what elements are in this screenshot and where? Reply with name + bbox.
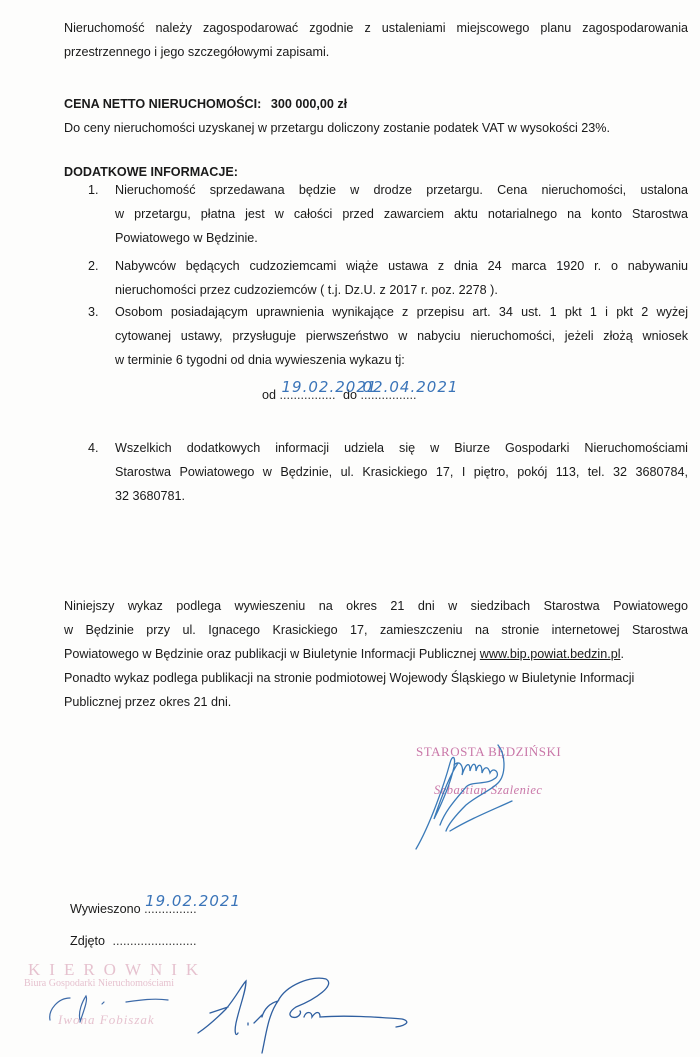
item-line: Nieruchomość sprzedawana będzie w drodze… bbox=[115, 178, 688, 202]
posted-date-handwritten: 19.02.2021 bbox=[145, 892, 241, 910]
item-line: w terminie 6 tygodni od dnia wywieszenia… bbox=[115, 348, 688, 372]
item-line: Osobom posiadającym uprawnienia wynikają… bbox=[115, 300, 688, 324]
list-item-2: 2. Nabywców będących cudzoziemcami wiąże… bbox=[88, 254, 688, 302]
notice-paragraph: Niniejszy wykaz podlega wywieszeniu na o… bbox=[64, 594, 688, 714]
item-line: Powiatowego w Będzinie. bbox=[115, 226, 688, 250]
item-line: 32 3680781. bbox=[115, 484, 688, 508]
item-line: Starostwa Powiatowego w Będzinie, ul. Kr… bbox=[115, 460, 688, 484]
list-number: 2. bbox=[88, 254, 108, 278]
intro-paragraph: Nieruchomość należy zagospodarować zgodn… bbox=[64, 16, 688, 64]
list-item-1: 1. Nieruchomość sprzedawana będzie w dro… bbox=[88, 178, 688, 250]
posted-label: Wywieszono bbox=[70, 902, 141, 916]
notice-line-2: w Będzinie przy ul. Ignacego Krasickiego… bbox=[64, 618, 688, 642]
item-line: nieruchomości przez cudzoziemców ( t.j. … bbox=[115, 278, 688, 302]
priority-period: od ................ 19.02.2021 do ......… bbox=[262, 388, 417, 402]
intro-line-1: Nieruchomość należy zagospodarować zgodn… bbox=[64, 16, 688, 40]
item-line: w przetargu, płatna jest w całości przed… bbox=[115, 202, 688, 226]
removed-dots: ........................ bbox=[113, 934, 197, 948]
bip-link[interactable]: www.bip.powiat.bedzin.pl bbox=[480, 647, 621, 661]
list-item-4: 4. Wszelkich dodatkowych informacji udzi… bbox=[88, 436, 688, 508]
list-item-3: 3. Osobom posiadającym uprawnienia wynik… bbox=[88, 300, 688, 372]
posted-row: Wywieszono ............... 19.02.2021 bbox=[70, 902, 197, 916]
price-value: 300 000,00 zł bbox=[271, 97, 347, 111]
item-line: cytowanej ustawy, przysługuje pierwszeńs… bbox=[115, 324, 688, 348]
kierownik-stamp-subtitle: Biura Gospodarki Nieruchomościami bbox=[24, 978, 174, 989]
list-number: 3. bbox=[88, 300, 108, 324]
price-label: CENA NETTO NIERUCHOMOŚCI: bbox=[64, 97, 261, 111]
item-line: Nabywców będących cudzoziemcami wiąże us… bbox=[115, 254, 688, 278]
removed-row: Zdjęto ........................ bbox=[70, 934, 197, 948]
kierownik-stamp-title: KIEROWNIK bbox=[28, 960, 207, 980]
notice-line-3-text: Powiatowego w Będzinie oraz publikacji w… bbox=[64, 647, 480, 661]
list-number: 1. bbox=[88, 178, 108, 202]
intro-line-2: przestrzennego i jego szczegółowymi zapi… bbox=[64, 40, 688, 64]
period: . bbox=[621, 647, 625, 661]
removed-label: Zdjęto bbox=[70, 934, 105, 948]
notice-line-3: Powiatowego w Będzinie oraz publikacji w… bbox=[64, 642, 688, 666]
notice-line-4: Ponadto wykaz podlega publikacji na stro… bbox=[64, 666, 688, 690]
from-label: od bbox=[262, 388, 276, 402]
to-date-handwritten: 02.04.2021 bbox=[363, 378, 459, 396]
starosta-signature-icon bbox=[410, 745, 530, 855]
price-section: CENA NETTO NIERUCHOMOŚCI: 300 000,00 zł … bbox=[64, 92, 688, 140]
notice-line-5: Publicznej przez okres 21 dni. bbox=[64, 690, 688, 714]
list-number: 4. bbox=[88, 436, 108, 460]
notice-line-1: Niniejszy wykaz podlega wywieszeniu na o… bbox=[64, 594, 688, 618]
kierownik-signature-icon bbox=[40, 990, 190, 1030]
item-line: Wszelkich dodatkowych informacji udziela… bbox=[115, 436, 688, 460]
vat-note: Do ceny nieruchomości uzyskanej w przeta… bbox=[64, 116, 688, 140]
second-signature-icon bbox=[196, 975, 416, 1055]
